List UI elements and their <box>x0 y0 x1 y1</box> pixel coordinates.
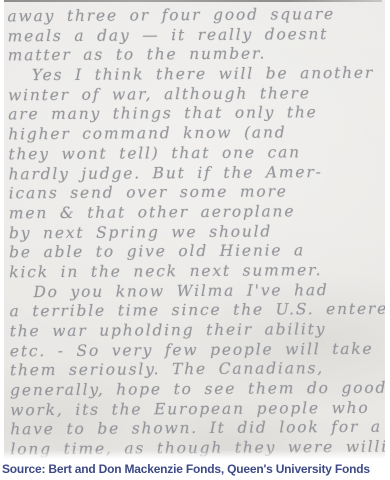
letter-line: kick in the neck next summer. <box>9 261 385 283</box>
letter-line: by next Spring we should <box>9 221 385 243</box>
letter-line: meals a day — it really doesnt <box>8 24 384 46</box>
letter-line: matter as to the number. <box>8 44 384 66</box>
letter-line: the war upholding their ability <box>10 320 385 342</box>
scanned-letter-page: away three or four good square meals a d… <box>0 0 390 480</box>
letter-line: generally, hope to see them do good <box>10 379 385 401</box>
letter-line: icans send over some more <box>9 182 385 204</box>
letter-line: Do you know Wilma I've had <box>9 280 385 302</box>
letter-line: Yes I think there will be another <box>8 64 384 86</box>
letter-scan: away three or four good square meals a d… <box>4 0 385 459</box>
letter-line: away three or four good square <box>7 5 383 27</box>
letter-line: they wont tell) that one can <box>8 143 384 165</box>
letter-line: are many things that only the <box>8 103 384 125</box>
letter-body: away three or four good square meals a d… <box>7 5 385 459</box>
letter-line: them seriously. The Canadians, <box>10 359 385 381</box>
letter-line: higher command know (and <box>8 123 384 145</box>
letter-line: winter of war, although there <box>8 83 384 105</box>
letter-line: be able to give old Hienie a <box>9 241 385 263</box>
letter-line: work, its the European people who <box>10 398 385 420</box>
letter-line: men & that other aeroplane <box>9 202 385 224</box>
source-caption: Source: Bert and Don Mackenzie Fonds, Qu… <box>2 461 388 477</box>
letter-line: a terrible time since the U.S. entered <box>9 300 385 322</box>
scan-top-edge <box>4 0 382 2</box>
letter-line: have to be shown. It did look for a <box>10 418 385 440</box>
letter-line: hardly judge. But if the Amer- <box>9 162 385 184</box>
letter-line: etc. - So very few people will take <box>10 339 385 361</box>
letter-line: long time, as though they were willing <box>10 438 385 459</box>
